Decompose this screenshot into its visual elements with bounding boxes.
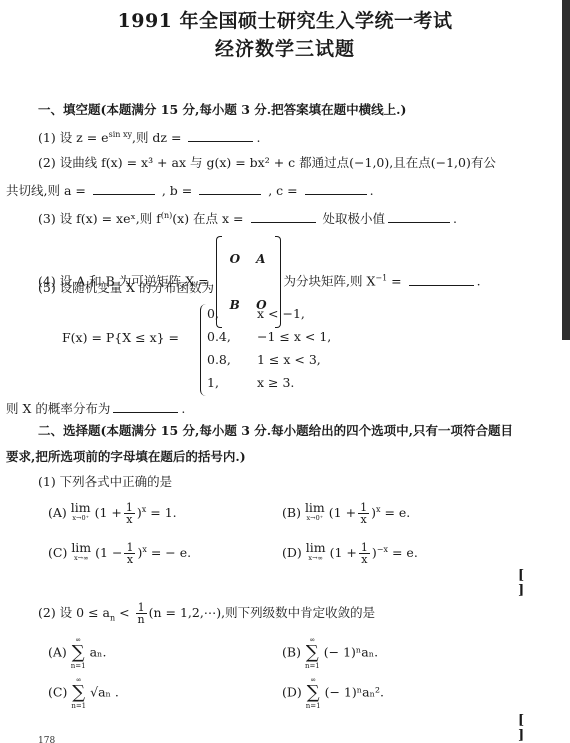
sum-bottom: n=1 [71, 662, 86, 670]
q1-end: . [256, 130, 260, 145]
case-value: 0.4, [207, 325, 257, 348]
summation: ∞∑n=1 [306, 676, 321, 710]
limit: limx→0⁺ [71, 502, 91, 522]
lim-word: lim [305, 502, 325, 514]
page-number: 178 [38, 736, 55, 743]
q2-answer-bracket[interactable]: [ ] [518, 713, 570, 743]
q1-exponent: sin xy [109, 130, 132, 139]
lim-word: lim [71, 542, 91, 554]
q4-equals: = [391, 274, 401, 289]
q4-end: . [477, 274, 481, 289]
fill-question-3: (3) 设 f(x) = xeˣ,则 f(n)(x) 在点 x = 处取极小值. [38, 208, 457, 227]
distribution-lhs: F(x) = P{X ≤ x} = [62, 330, 179, 345]
q2-number: (2) [38, 155, 56, 170]
fraction: 1x [124, 542, 135, 565]
option-label: (B) [282, 645, 301, 660]
q3-number: (3) [38, 211, 56, 226]
choice-option-c[interactable]: (C) limx→∞ (1 −1x)x = − e. [48, 542, 191, 565]
series-term: (− 1)ⁿaₙ². [325, 685, 384, 700]
lim-word: lim [71, 502, 91, 514]
frac-den: x [127, 554, 133, 565]
q2-stem-post: (n = 1,2,⋯),则下列级数中肯定收敛的是 [149, 605, 376, 620]
option-label: (B) [282, 505, 301, 520]
section2-heading-line1: 二、选择题(本题满分 15 分,每小题 3 分.每小题给出的四个选项中,只有一项… [38, 423, 513, 439]
exam-subtitle: 经济数学三试题 [0, 34, 570, 61]
q2-c-blank[interactable] [305, 182, 367, 195]
sum-bottom: n=1 [306, 702, 321, 710]
series-option-a[interactable]: (A) ∞∑n=1 aₙ. [48, 636, 106, 670]
section1-heading: 一、填空题(本题满分 15 分,每小题 3 分.把答案填在题中横线上.) [38, 102, 406, 118]
rhs: = e. [392, 545, 418, 560]
summation: ∞∑n=1 [305, 636, 320, 670]
case-condition: −1 ≤ x < 1, [257, 329, 331, 344]
q3-superscript: (n) [161, 211, 172, 220]
q3-pre: 设 f(x) = xeˣ,则 f [60, 211, 161, 226]
power: x [376, 505, 381, 514]
summation: ∞∑n=1 [71, 676, 86, 710]
fraction: 1x [359, 542, 370, 565]
matrix-cell: A [248, 236, 274, 282]
q2-b-blank[interactable] [199, 182, 261, 195]
lim-under: x→∞ [74, 554, 89, 562]
fill-question-2-line1: (2) 设曲线 f(x) = x³ + ax 与 g(x) = bx² + c … [38, 155, 496, 171]
fraction: 1x [358, 502, 369, 525]
q2-stem-mid: < [119, 605, 129, 620]
q2-a-blank[interactable] [93, 182, 155, 195]
frac-den: x [360, 514, 366, 525]
option-label: (A) [48, 505, 67, 520]
frac-den: n [138, 614, 145, 625]
choice-option-a[interactable]: (A) limx→0⁺ (1 +1x)x = 1. [48, 502, 177, 525]
case-row: 1,x ≥ 3. [207, 371, 331, 394]
fill-question-1: (1) 设 z = esin xy,则 dz = . [38, 127, 260, 146]
fraction: 1n [136, 602, 147, 625]
series-term: √aₙ . [90, 685, 119, 700]
sum-bottom: n=1 [305, 662, 320, 670]
q3-min-blank[interactable] [388, 210, 450, 223]
piecewise-cases: 0,x < −1, 0.4,−1 ≤ x < 1, 0.8,1 ≤ x < 3,… [207, 302, 331, 394]
option-label: (D) [282, 685, 302, 700]
series-option-d[interactable]: (D) ∞∑n=1 (− 1)ⁿaₙ². [282, 676, 384, 710]
q5-intro: 设随机变量 X 的分布函数为 [60, 280, 214, 295]
series-term: (− 1)ⁿaₙ. [324, 645, 378, 660]
choice-option-d[interactable]: (D) limx→∞ (1 +1x)−x = e. [282, 542, 418, 565]
fill-question-2-line2: 共切线,则 a = , b = , c = . [6, 182, 374, 199]
option-label: (D) [282, 545, 302, 560]
matrix-cell: O [222, 236, 248, 282]
rhs: = − e. [151, 545, 191, 560]
lim-under: x→0⁺ [307, 514, 324, 522]
q5-number: (5) [38, 280, 56, 295]
q4-superscript: −1 [375, 273, 387, 282]
body-pre: (1 + [95, 505, 122, 520]
choice-question-1-stem: (1) 下列各式中正确的是 [38, 474, 172, 490]
sigma-icon: ∑ [72, 644, 85, 662]
q1-pre: 设 z = e [60, 130, 109, 145]
sum-bottom: n=1 [71, 702, 86, 710]
sigma-icon: ∑ [306, 644, 319, 662]
body-pre: (1 − [95, 545, 122, 560]
case-condition: x < −1, [257, 306, 305, 321]
q2-b-label: , b = [162, 183, 192, 198]
case-value: 0, [207, 302, 257, 325]
case-value: 0.8, [207, 348, 257, 371]
q2-stem-sub: n [110, 614, 115, 623]
limit: limx→0⁺ [305, 502, 325, 522]
limit: limx→∞ [71, 542, 91, 562]
q3-end: . [453, 211, 457, 226]
q5-answer-blank[interactable] [113, 400, 178, 413]
q3-mid: (x) 在点 x = [172, 211, 243, 226]
q2-c-label: , c = [268, 183, 297, 198]
q3-mid2: 处取极小值 [322, 211, 385, 226]
case-row: 0.8,1 ≤ x < 3, [207, 348, 331, 371]
case-row: 0,x < −1, [207, 302, 331, 325]
q1-answer-bracket[interactable]: [ ] [518, 568, 570, 598]
case-condition: 1 ≤ x < 3, [257, 352, 321, 367]
option-label: (C) [48, 545, 67, 560]
case-row: 0.4,−1 ≤ x < 1, [207, 325, 331, 348]
lim-word: lim [306, 542, 326, 554]
choice-option-b[interactable]: (B) limx→0⁺ (1 +1x)x = e. [282, 502, 410, 525]
series-option-c[interactable]: (C) ∞∑n=1 √aₙ . [48, 676, 119, 710]
fill-question-5: (5) 设随机变量 X 的分布函数为 [38, 280, 214, 296]
frac-den: x [361, 554, 367, 565]
q4-answer-blank[interactable] [409, 273, 474, 286]
lim-under: x→0⁺ [72, 514, 89, 522]
sigma-icon: ∑ [307, 684, 320, 702]
power: −x [377, 545, 388, 554]
series-term: aₙ. [90, 645, 107, 660]
q3-x-blank[interactable] [251, 210, 316, 223]
q4-post: 为分块矩阵,则 X [284, 274, 376, 289]
frac-den: x [126, 514, 132, 525]
lim-under: x→∞ [308, 554, 323, 562]
case-value: 1, [207, 371, 257, 394]
summation: ∞∑n=1 [71, 636, 86, 670]
power: x [142, 545, 147, 554]
section2-heading-line2: 要求,把所选项前的字母填在题后的括号内.) [6, 449, 246, 465]
exam-title: 1991 年全国硕士研究生入学统一考试 [0, 6, 570, 33]
rhs: = e. [384, 505, 410, 520]
q2-line1: 设曲线 f(x) = x³ + ax 与 g(x) = bx² + c 都通过点… [60, 155, 496, 170]
body-pre: (1 + [330, 545, 357, 560]
q5-tail: 则 X 的概率分布为. [6, 400, 185, 417]
q2-a-label: 共切线,则 a = [6, 183, 86, 198]
q2-end: . [370, 183, 374, 198]
q5-end: . [181, 401, 185, 416]
series-option-b[interactable]: (B) ∞∑n=1 (− 1)ⁿaₙ. [282, 636, 378, 670]
power: x [142, 505, 147, 514]
q1-post: ,则 dz = [132, 130, 181, 145]
choice-question-2-stem: (2) 设 0 ≤ an < 1n(n = 1,2,⋯),则下列级数中肯定收敛的… [38, 602, 375, 627]
option-label: (C) [48, 685, 67, 700]
q5-tail-text: 则 X 的概率分布为 [6, 401, 110, 416]
q2-stem-pre: (2) 设 0 ≤ a [38, 605, 110, 620]
rhs: = 1. [150, 505, 176, 520]
q1-answer-blank[interactable] [188, 129, 253, 142]
sigma-icon: ∑ [72, 684, 85, 702]
body-pre: (1 + [329, 505, 356, 520]
q1-number: (1) [38, 130, 56, 145]
case-condition: x ≥ 3. [257, 375, 294, 390]
option-label: (A) [48, 645, 67, 660]
fraction: 1x [124, 502, 135, 525]
limit: limx→∞ [306, 542, 326, 562]
